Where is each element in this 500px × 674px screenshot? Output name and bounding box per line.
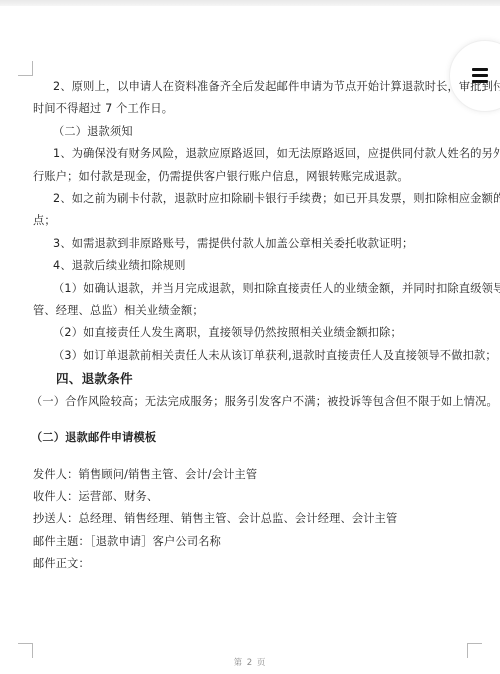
paragraph-rule-2: （2）如直接责任人发生离职，直接领导仍然按照相关业绩金额扣除；: [33, 322, 463, 344]
paragraph-notice-2-line2: 点；: [33, 210, 463, 232]
page-margin-marker-top-left: [18, 61, 33, 76]
paragraph-rule-1-line1: （1）如确认退款，并当月完成退款，则扣除直接责任人的业绩金额，并同时扣除直级领导…: [33, 278, 463, 300]
email-template-cc: 抄送人：总经理、销售经理、销售主管、会计总监、会计经理、会计主管: [33, 508, 463, 530]
top-toolbar-shadow: [0, 0, 500, 6]
email-template-subject: 邮件主题：［退款申请］客户公司名称: [33, 531, 463, 553]
email-template-body: 邮件正文：: [33, 553, 463, 575]
paragraph-refund-timing-line1: 2、原则上，以申请人在资料准备齐全后发起邮件申请为节点开始计算退款时长，审批到付: [33, 76, 463, 98]
paragraph-notice-1-line2: 行账户；如付款是现金，仍需提供客户银行账户信息，网银转账完成退款。: [33, 166, 463, 188]
email-template-sender: 发件人：销售顾问/销售主管、会计/会计主管: [33, 464, 463, 486]
paragraph-notice-2-line1: 2、如之前为刷卡付款，退款时应扣除刷卡银行手续费；如已开具发票，则扣除相应金额的…: [33, 188, 463, 210]
section-heading-refund-conditions: 四、退款条件: [33, 368, 463, 390]
paragraph-notice-1-line1: 1、为确保没有财务风险，退款应原路返回，如无法原路返回，应提供同付款人姓名的另外…: [33, 143, 463, 165]
page-number: 第 2 页: [0, 656, 500, 668]
subheading-refund-notice: （二）退款须知: [33, 121, 463, 143]
paragraph-rule-3: （3）如订单退款前相关责任人未从该订单获利,退款时直接责任人及直接领导不做扣款；: [33, 345, 463, 367]
paragraph-rule-1-line2: 管、经理、总监）相关业绩金额；: [33, 300, 463, 322]
document-page: 2、原则上，以申请人在资料准备齐全后发起邮件申请为节点开始计算退款时长，审批到付…: [33, 76, 463, 576]
paragraph-notice-3: 3、如需退款到非原路账号，需提供付款人加盖公章相关委托收款证明；: [33, 233, 463, 255]
paragraph-refund-timing-line2: 时间不得超过 7 个工作日。: [33, 98, 463, 120]
subheading-email-template: （二）退款邮件申请模板: [31, 427, 463, 449]
paragraph-notice-4: 4、退款后续业绩扣除规则: [33, 255, 463, 277]
email-template-recipient: 收件人：运营部、财务、: [33, 486, 463, 508]
paragraph-conditions-1: （一）合作风险较高；无法完成服务；服务引发客户不满；被投诉等包含但不限于如上情况…: [31, 391, 463, 413]
